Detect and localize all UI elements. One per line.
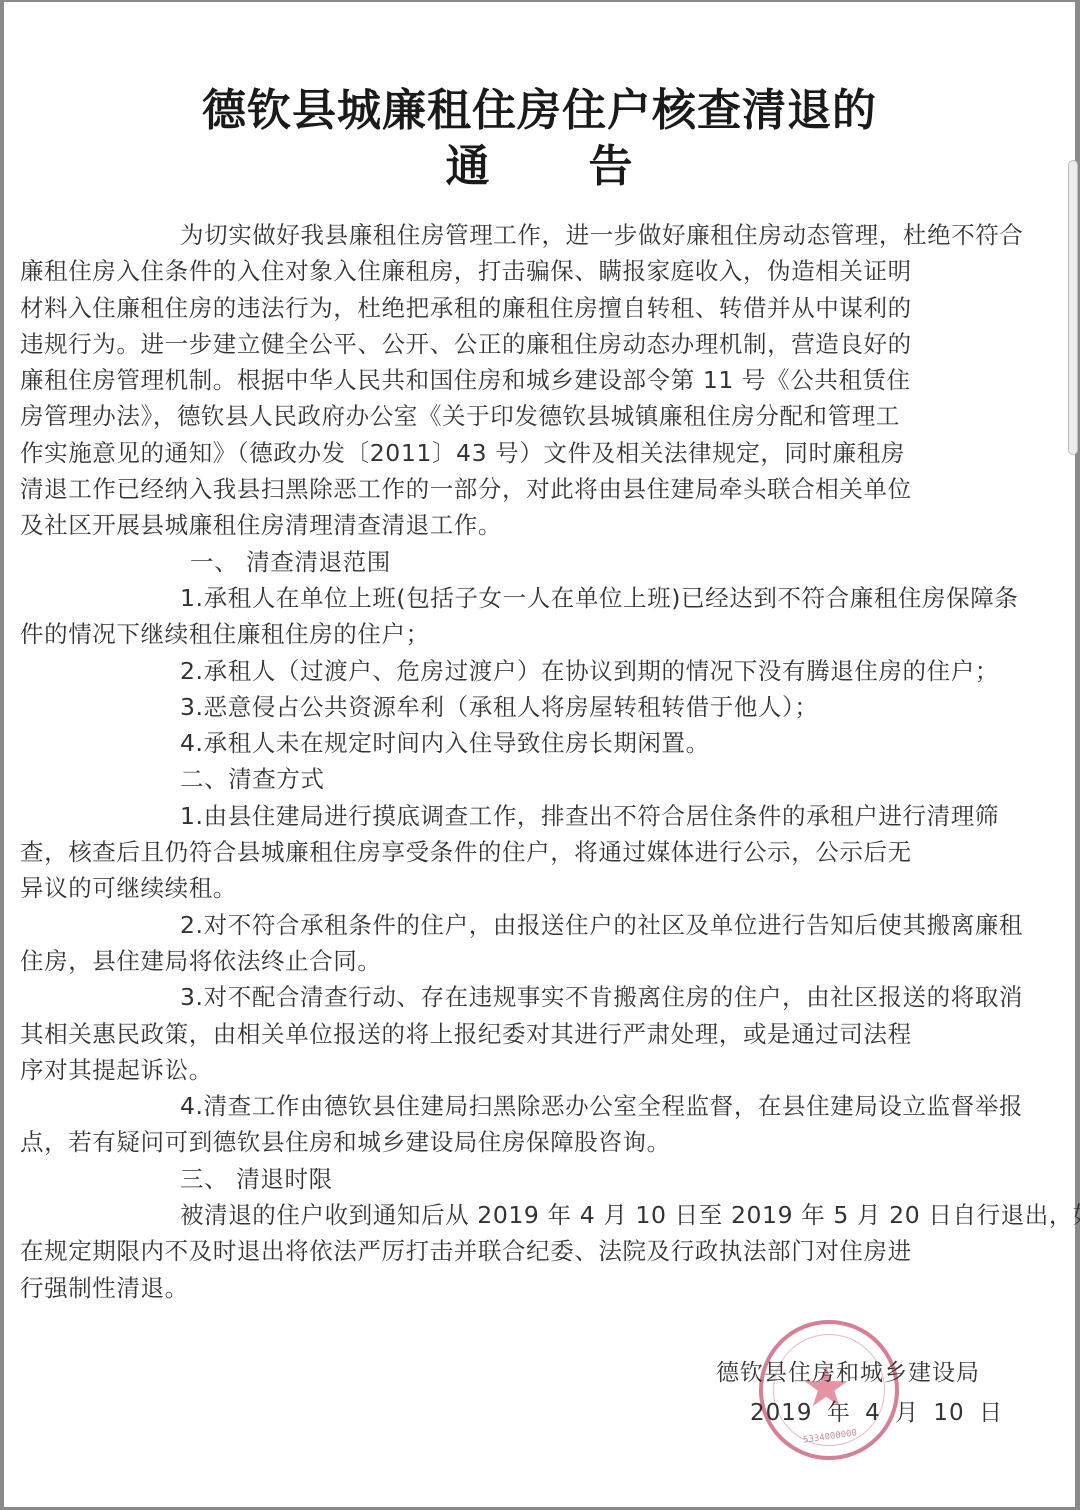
- text-line: 1.承租人在单位上班(包括子女一人在单位上班)已经达到不符合廉租住房保障条: [20, 580, 970, 616]
- text-line: 违规行为。进一步建立健全公平、公开、公正的廉租住房动态办理机制，营造良好的: [20, 326, 970, 362]
- document-body: 为切实做好我县廉租住房管理工作，进一步做好廉租住房动态管理，杜绝不符合 廉租住房…: [20, 217, 970, 1306]
- text-line: 行强制性清退。: [20, 1270, 970, 1306]
- text-line: 序对其提起诉讼。: [20, 1052, 970, 1088]
- text-line: 2.对不符合承租条件的住户，由报送住户的社区及单位进行告知后使其搬离廉租: [20, 907, 970, 943]
- section-deadline: 三、 清退时限 被清退的住户收到通知后从 2019 年 4 月 10 日至 20…: [20, 1161, 970, 1306]
- text-line: 为切实做好我县廉租住房管理工作，进一步做好廉租住房动态管理，杜绝不符合: [20, 217, 970, 253]
- scrollbar-thumb[interactable]: [1068, 160, 1078, 455]
- document-title: 德钦县城廉租住房住户核查清退的: [4, 74, 1075, 138]
- text-line: 4.清查工作由德钦县住建局扫黑除恶办公室全程监督，在县住建局设立监督举报: [20, 1088, 970, 1124]
- section-method: 二、清查方式 1.由县住建局进行摸底调查工作，排查出不符合居住条件的承租户进行清…: [20, 761, 970, 1160]
- text-line: 被清退的住户收到通知后从 2019 年 4 月 10 日至 2019 年 5 月…: [20, 1197, 970, 1233]
- text-line: 2.承租人（过渡户、危房过渡户）在协议到期的情况下没有腾退住房的住户；: [20, 653, 970, 689]
- text-line: 廉租住房入住条件的入住对象入住廉租房，打击骗保、瞒报家庭收入，伪造相关证明: [20, 253, 970, 289]
- official-seal: ★ 5334000000: [759, 1320, 899, 1460]
- text-line: 住房，县住建局将依法终止合同。: [20, 943, 970, 979]
- text-line: 查，核查后且仍符合县城廉租住房享受条件的住户，将通过媒体进行公示，公示后无: [20, 834, 970, 870]
- text-line: 3.对不配合清查行动、存在违规事实不肯搬离住房的住户，由社区报送的将取消: [20, 979, 970, 1015]
- subtitle-char-1: 通: [446, 130, 491, 194]
- section-heading: 三、 清退时限: [20, 1161, 970, 1197]
- text-line: 廉租住房管理机制。根据中华人民共和国住房和城乡建设部令第 11 号《公共租赁住: [20, 362, 970, 398]
- subtitle-char-2: 告: [589, 130, 634, 194]
- text-line: 3.恶意侵占公共资源牟利（承租人将房屋转租转借于他人）；: [20, 689, 970, 725]
- text-line: 房管理办法》，德钦县人民政府办公室《关于印发德钦县城镇廉租住房分配和管理工: [20, 398, 970, 434]
- section-scope: 一、 清查清退范围 1.承租人在单位上班(包括子女一人在单位上班)已经达到不符合…: [20, 544, 970, 762]
- document-page: 德钦县城廉租住房住户核查清退的 通告 为切实做好我县廉租住房管理工作，进一步做好…: [4, 2, 1075, 1507]
- text-line: 异议的可继续续租。: [20, 870, 970, 906]
- text-line: 其相关惠民政策，由相关单位报送的将上报纪委对其进行严肃处理，或是通过司法程: [20, 1016, 970, 1052]
- text-line: 清退工作已经纳入我县扫黑除恶工作的一部分，对此将由县住建局牵头联合相关单位: [20, 471, 970, 507]
- text-line: 4.承租人未在规定时间内入住导致住房长期闲置。: [20, 725, 970, 761]
- text-line: 作实施意见的通知》（德政办发〔2011〕43 号）文件及相关法律规定，同时廉租房: [20, 435, 970, 471]
- intro-paragraph: 为切实做好我县廉租住房管理工作，进一步做好廉租住房动态管理，杜绝不符合 廉租住房…: [20, 217, 970, 544]
- text-line: 点，若有疑问可到德钦县住房和城乡建设局住房保障股咨询。: [20, 1124, 970, 1160]
- document-subtitle: 通告: [4, 130, 1075, 194]
- issuer-signature: 德钦县住房和城乡建设局: [716, 1354, 980, 1387]
- issue-date: 2019 年 4 月 10 日: [750, 1394, 1003, 1427]
- text-line: 及社区开展县城廉租住房清理清查清退工作。: [20, 507, 970, 543]
- text-line: 在规定期限内不及时退出将依法严厉打击并联合纪委、法院及行政执法部门对住房进: [20, 1233, 970, 1269]
- text-line: 件的情况下继续租住廉租住房的住户；: [20, 616, 970, 652]
- section-heading: 一、 清查清退范围: [20, 544, 970, 580]
- text-line: 1.由县住建局进行摸底调查工作，排查出不符合居住条件的承租户进行清理筛: [20, 798, 970, 834]
- section-heading: 二、清查方式: [20, 761, 970, 797]
- text-line: 材料入住廉租住房的违法行为，杜绝把承租的廉租住房擅自转租、转借并从中谋利的: [20, 290, 970, 326]
